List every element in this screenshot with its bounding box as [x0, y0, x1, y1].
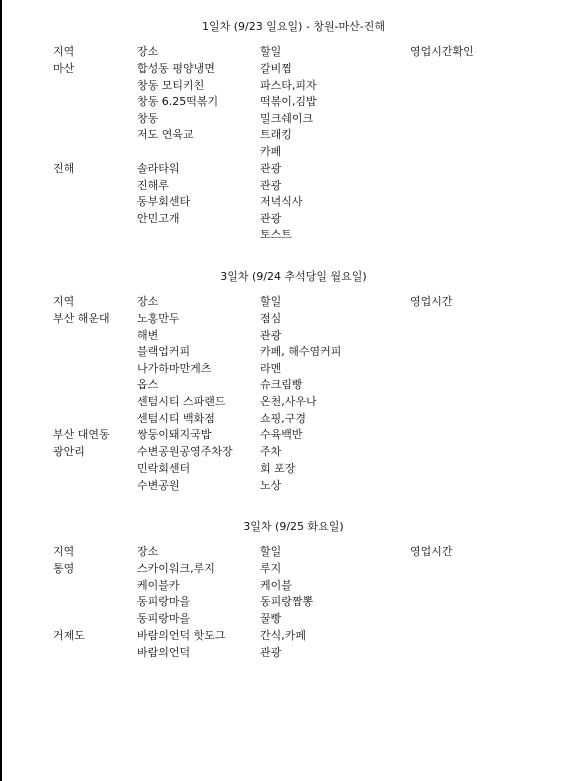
table-row: 진해솔라타워관광: [0, 162, 587, 179]
todo: 관광: [260, 646, 281, 660]
todo: 밀크쉐이크: [260, 112, 313, 126]
place: 케이블카: [137, 579, 180, 593]
todo: 루지: [260, 562, 281, 576]
todo: 관광: [260, 212, 281, 226]
todo: 회 포장: [260, 462, 295, 476]
table-row: 창동밀크쉐이크: [0, 112, 587, 129]
todo: 주차: [260, 445, 281, 459]
todo: 쇼핑,구경: [260, 412, 306, 426]
place: 창동 6.25떡볶기: [137, 95, 218, 109]
table-row: 마산합성동 평양냉면갈비찜: [0, 62, 587, 79]
place: 저도 연육교: [137, 128, 194, 142]
place: 센텀시티 스파랜드: [137, 395, 226, 409]
todo: 슈크림빵: [260, 378, 303, 392]
header-todo: 할일: [260, 45, 281, 59]
place: 스카이워크,루지: [137, 562, 215, 576]
place: 해변: [137, 329, 158, 343]
todo: 관광: [260, 329, 281, 343]
place: 수변공원공영주차장: [137, 445, 233, 459]
place: 동피랑마을: [137, 612, 190, 626]
day-title: 1일차 (9/23 일요일) - 창원-마산-진해: [0, 20, 587, 34]
table-row: 센텀시티 스파랜드온천,사우나: [0, 395, 587, 412]
table-row: 부산 해운대노홍만두점심: [0, 312, 587, 329]
place: 창동: [137, 112, 158, 126]
header-hours: 영업시간: [410, 295, 453, 309]
todo: 케이블: [260, 579, 292, 593]
place: 바람의언덕: [137, 646, 190, 660]
place: 동피랑마을: [137, 595, 190, 609]
day-title: 3일차 (9/24 추석당일 월요일): [0, 270, 587, 284]
table-row: 진해루관광: [0, 179, 587, 196]
table-row: 센텀시티 백화점쇼핑,구경: [0, 412, 587, 429]
todo: 갈비찜: [260, 62, 292, 76]
header-hours: 영업시간: [410, 545, 453, 559]
place: 바람의언덕 핫도그: [137, 629, 226, 643]
table-row: 토스트: [0, 228, 587, 245]
todo: 토스트: [260, 228, 292, 242]
table-row: 나가하마만게츠라멘: [0, 362, 587, 379]
table-row: 동피랑마을동피랑짬뽕: [0, 595, 587, 612]
todo: 수육백반: [260, 428, 303, 442]
table-header: 지역 장소 할일 영업시간: [0, 545, 587, 562]
region: 마산: [53, 62, 74, 76]
table-row: 옵스슈크림빵: [0, 378, 587, 395]
place: 센텀시티 백화점: [137, 412, 215, 426]
place: 동부회센타: [137, 195, 190, 209]
table-row: 동피랑마을꿀빵: [0, 612, 587, 629]
todo: 온천,사우나: [260, 395, 317, 409]
header-todo: 할일: [260, 545, 281, 559]
table-row: 블랙업커피카페, 해수염커피: [0, 345, 587, 362]
table-row: 거제도바람의언덕 핫도그간식,카페: [0, 629, 587, 646]
table-row: 수변공원노상: [0, 479, 587, 496]
todo: 간식,카페: [260, 629, 306, 643]
todo: 꿀빵: [260, 612, 281, 626]
header-region: 지역: [53, 545, 74, 559]
todo: 떡볶이,김밥: [260, 95, 317, 109]
place: 블랙업커피: [137, 345, 190, 359]
todo: 노상: [260, 479, 281, 493]
todo: 저녁식사: [260, 195, 303, 209]
region: 광안리: [53, 445, 85, 459]
todo: 관광: [260, 162, 281, 176]
place: 옵스: [137, 378, 158, 392]
todo: 점심: [260, 312, 281, 326]
table-row: 동부회센타저녁식사: [0, 195, 587, 212]
header-todo: 할일: [260, 295, 281, 309]
place: 창동 모티키친: [137, 79, 204, 93]
table-row: 민락회센터회 포장: [0, 462, 587, 479]
table-row: 부산 대연동쌍둥이돼지국밥수육백반: [0, 428, 587, 445]
place: 민락회센터: [137, 462, 190, 476]
place: 안민고개: [137, 212, 180, 226]
place: 진해루: [137, 179, 169, 193]
place: 노홍만두: [137, 312, 180, 326]
todo: 카페: [260, 145, 281, 159]
region: 부산 대연동: [53, 428, 110, 442]
region: 부산 해운대: [53, 312, 110, 326]
todo: 관광: [260, 179, 281, 193]
table-row: 케이블카케이블: [0, 579, 587, 596]
todo: 카페, 해수염커피: [260, 345, 341, 359]
todo: 라멘: [260, 362, 281, 376]
table-header: 지역 장소 할일 영업시간확인: [0, 45, 587, 62]
table-row: 바람의언덕관광: [0, 646, 587, 663]
place: 합성동 평양냉면: [137, 62, 215, 76]
table-row: 창동 6.25떡볶기떡볶이,김밥: [0, 95, 587, 112]
region: 통영: [53, 562, 74, 576]
place: 솔라타워: [137, 162, 180, 176]
header-region: 지역: [53, 45, 74, 59]
header-place: 장소: [137, 295, 158, 309]
region: 진해: [53, 162, 74, 176]
table-header: 지역 장소 할일 영업시간: [0, 295, 587, 312]
table-row: 광안리수변공원공영주차장주차: [0, 445, 587, 462]
todo: 트래킹: [260, 128, 292, 142]
header-region: 지역: [53, 295, 74, 309]
table-row: 해변관광: [0, 329, 587, 346]
place: 쌍둥이돼지국밥: [137, 428, 211, 442]
day-title: 3일차 (9/25 화요일): [0, 520, 587, 534]
header-hours: 영업시간확인: [410, 45, 474, 59]
todo: 동피랑짬뽕: [260, 595, 313, 609]
table-row: 통영스카이워크,루지루지: [0, 562, 587, 579]
table-row: 창동 모티키친파스타,피자: [0, 79, 587, 96]
todo: 파스타,피자: [260, 79, 317, 93]
header-place: 장소: [137, 545, 158, 559]
table-row: 저도 연육교트래킹: [0, 128, 587, 145]
place: 수변공원: [137, 479, 180, 493]
header-place: 장소: [137, 45, 158, 59]
table-row: 안민고개관광: [0, 212, 587, 229]
table-row: 카페: [0, 145, 587, 162]
region: 거제도: [53, 629, 85, 643]
place: 나가하마만게츠: [137, 362, 211, 376]
